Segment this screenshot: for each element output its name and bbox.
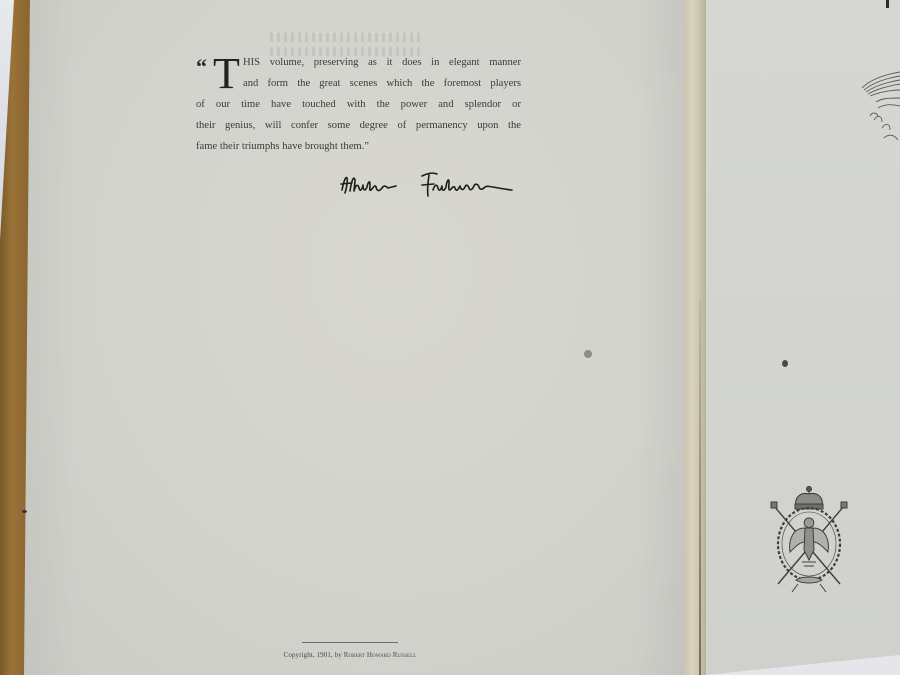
book-photo: “ T HIS volume, preserving as it does in… — [0, 0, 900, 675]
copyright-rule — [302, 642, 398, 643]
paper-blemish — [782, 360, 788, 367]
imperial-eagle-crest-icon — [768, 480, 850, 596]
quote-line: their genius, will confer some degree of… — [196, 118, 521, 134]
signature — [338, 166, 518, 200]
copyright-prefix: Copyright, 1901, by — [284, 651, 344, 659]
open-quote-mark: “ — [196, 54, 205, 80]
paper-speck — [22, 510, 27, 513]
eagle-engraving-icon — [860, 68, 900, 153]
quote-line: fame their triumphs have brought them.” — [196, 139, 521, 155]
gutter-crease — [699, 300, 701, 675]
copyright-line: Copyright, 1901, by Robert Howard Russel… — [200, 651, 500, 659]
quote-line: and form the great scenes which the fore… — [243, 76, 521, 92]
page-mark — [886, 0, 889, 8]
paper-blemish — [584, 350, 592, 358]
book-gutter — [684, 0, 706, 675]
quote-line: HIS volume, preserving as it does in ele… — [243, 55, 521, 71]
quote-line: of our time have touched with the power … — [196, 97, 521, 113]
publisher-name: Robert Howard Russell — [344, 651, 417, 659]
drop-cap: T — [213, 52, 240, 96]
